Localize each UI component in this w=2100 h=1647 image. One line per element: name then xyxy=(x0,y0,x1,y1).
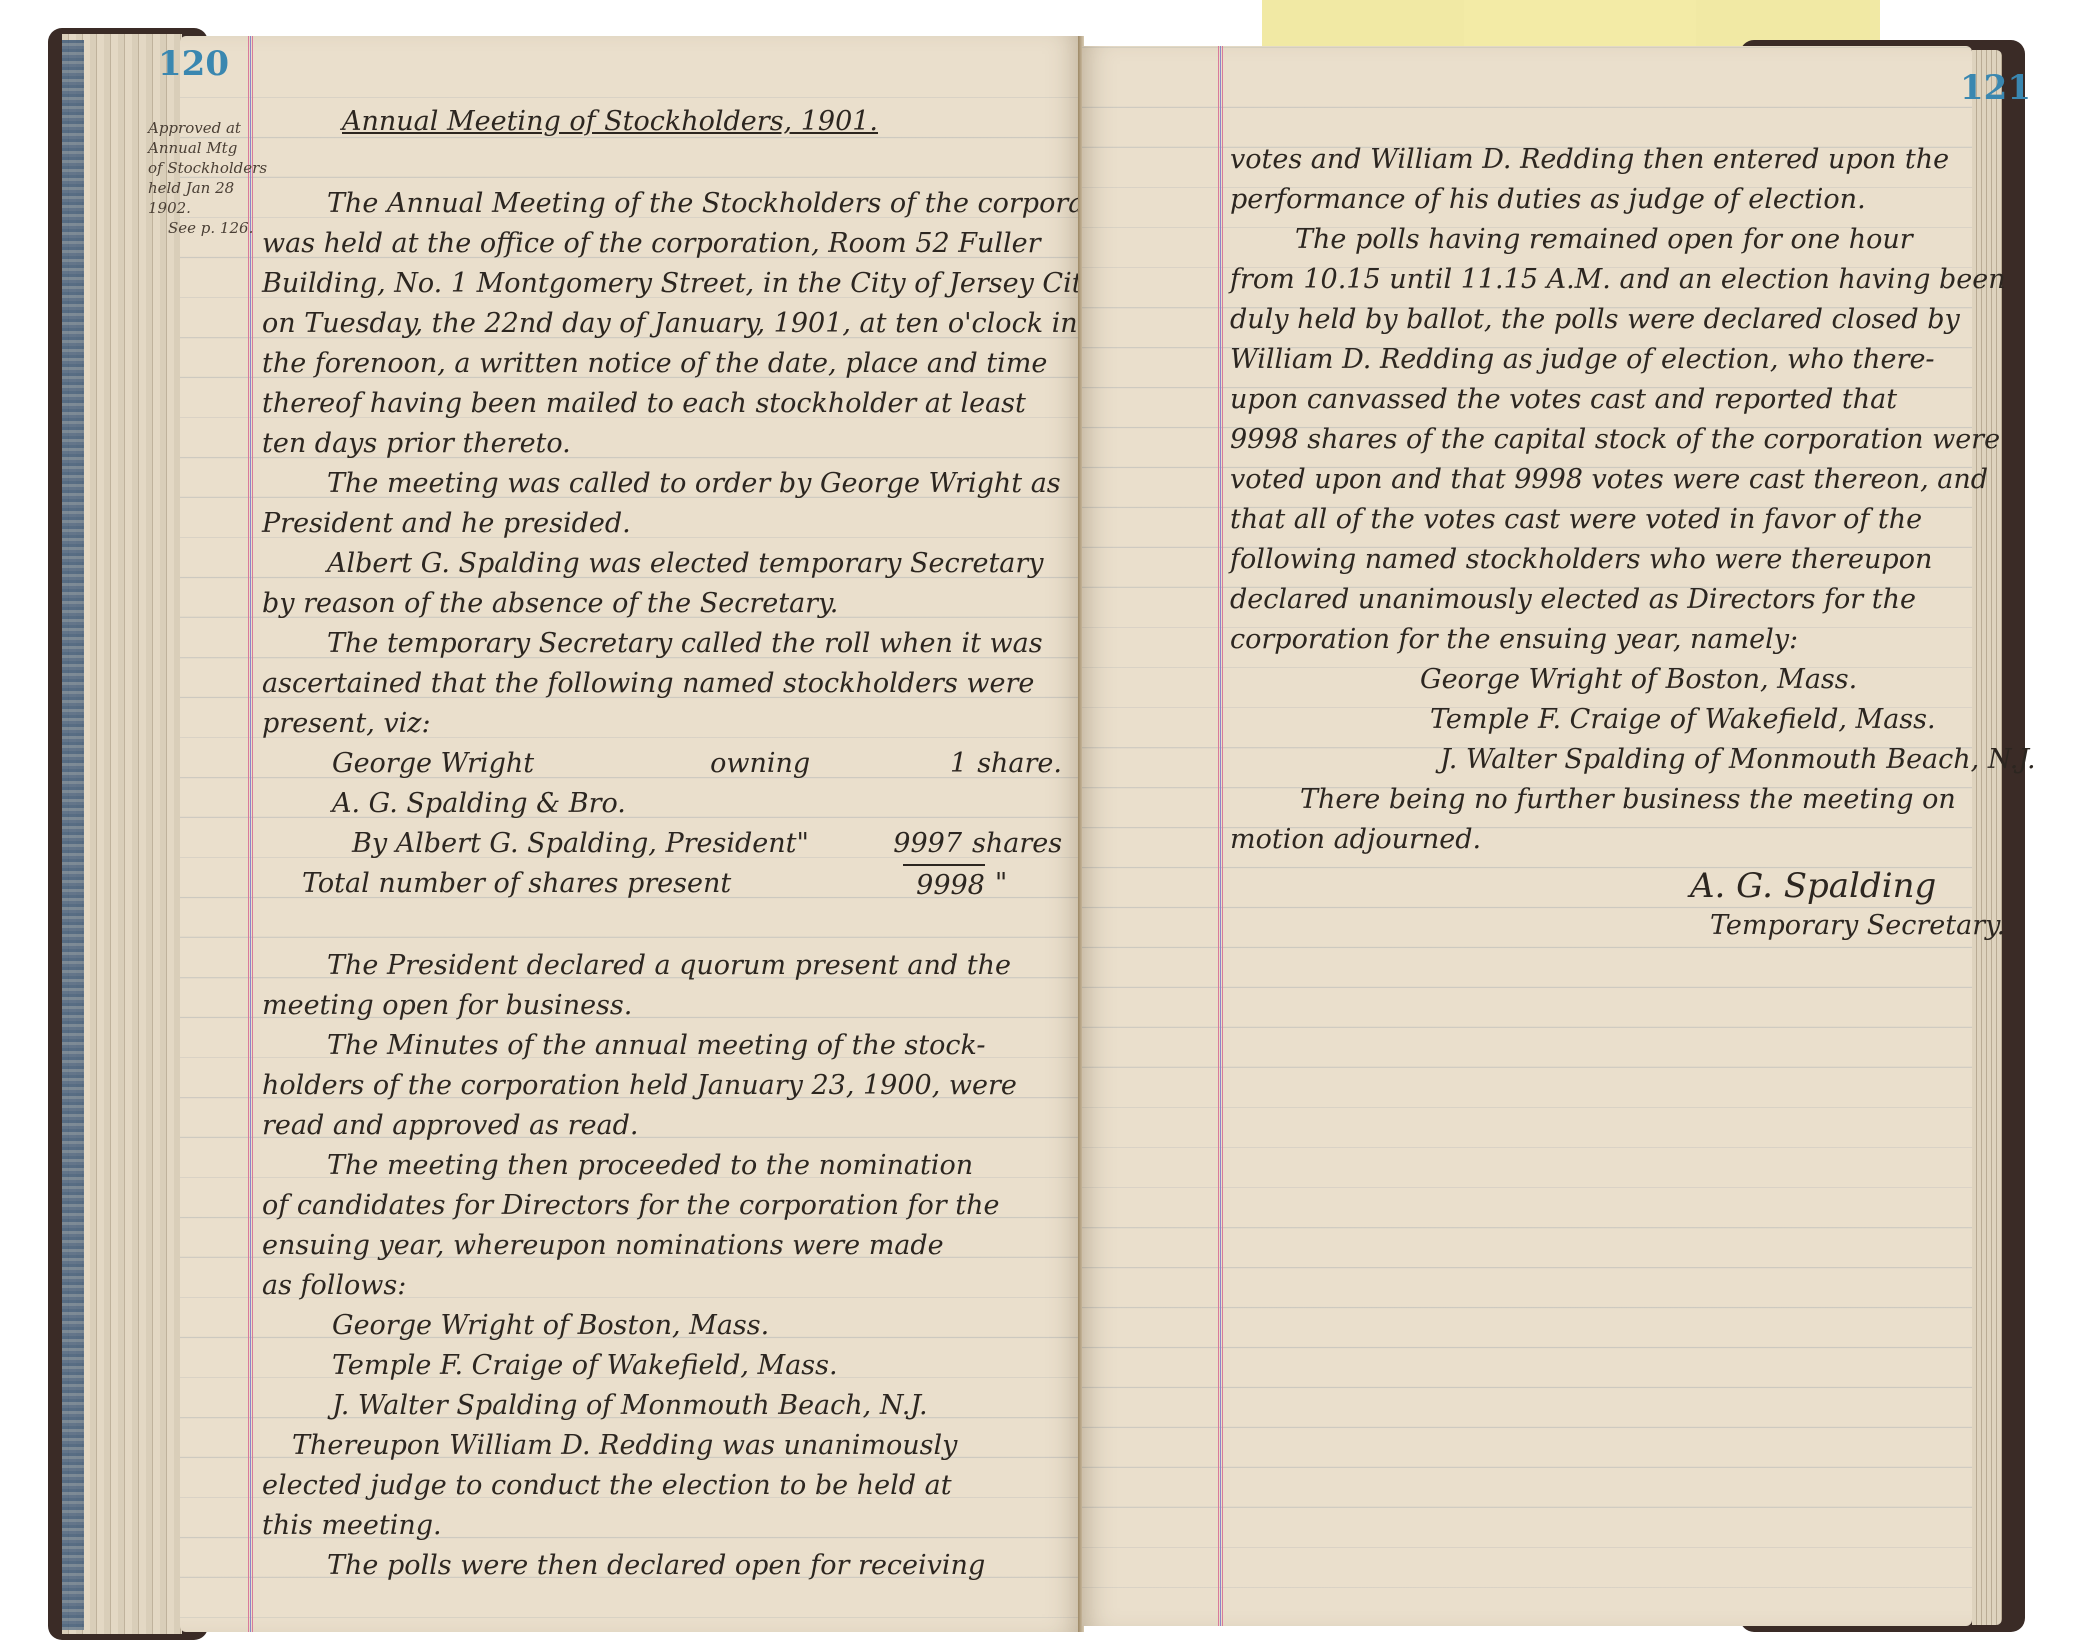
text-line: present, viz: xyxy=(262,704,1062,744)
text-line: of candidates for Directors for the corp… xyxy=(262,1186,1062,1226)
text-line: upon canvassed the votes cast and report… xyxy=(1230,380,2010,420)
text-line: ascertained that the following named sto… xyxy=(262,664,1062,704)
text-line: read and approved as read. xyxy=(262,1106,1062,1146)
text-line: William D. Redding as judge of election,… xyxy=(1230,340,2010,380)
text-line: thereof having been mailed to each stock… xyxy=(262,384,1062,424)
text-line: following named stockholders who were th… xyxy=(1230,540,2010,580)
text-line: The meeting was called to order by Georg… xyxy=(262,464,1062,504)
margin-note: Approved at Annual Mtg of Stockholders h… xyxy=(148,118,268,238)
text-line: The President declared a quorum present … xyxy=(262,946,1062,986)
speckled-edge xyxy=(62,40,84,1630)
text-line: duly held by ballot, the polls were decl… xyxy=(1230,300,2010,340)
director: J. Walter Spalding of Monmouth Beach, N.… xyxy=(1230,740,2010,780)
text-line: elected judge to conduct the election to… xyxy=(262,1466,1062,1506)
text-line: performance of his duties as judge of el… xyxy=(1230,180,2010,220)
text-line: Building, No. 1 Montgomery Street, in th… xyxy=(262,264,1062,304)
director: Temple F. Craige of Wakefield, Mass. xyxy=(1230,700,2010,740)
signature-title: Temporary Secretary. xyxy=(1230,906,2010,946)
page-number-right: 121 xyxy=(1960,68,2031,108)
text-line: from 10.15 until 11.15 A.M. and an elect… xyxy=(1230,260,2010,300)
margin-line xyxy=(1218,46,1223,1626)
text-line: on Tuesday, the 22nd day of January, 190… xyxy=(262,304,1062,344)
nominee: Temple F. Craige of Wakefield, Mass. xyxy=(262,1346,1062,1386)
text-line: by reason of the absence of the Secretar… xyxy=(262,584,1062,624)
text-line: holders of the corporation held January … xyxy=(262,1066,1062,1106)
holding-total-row: Total number of shares present 9998 " xyxy=(262,864,1062,906)
page-number-left: 120 xyxy=(158,44,229,84)
text-line: President and he presided. xyxy=(262,504,1062,544)
text-line: The polls having remained open for one h… xyxy=(1230,220,2010,260)
holding-row: A. G. Spalding & Bro. xyxy=(262,784,1062,824)
director: George Wright of Boston, Mass. xyxy=(1230,660,2010,700)
text-line: that all of the votes cast were voted in… xyxy=(1230,500,2010,540)
nominee: J. Walter Spalding of Monmouth Beach, N.… xyxy=(262,1386,1062,1426)
right-page-text: votes and William D. Redding then entere… xyxy=(1230,140,2010,946)
text-line: The Minutes of the annual meeting of the… xyxy=(262,1026,1062,1066)
text-line: ten days prior thereto. xyxy=(262,424,1062,464)
text-line: The meeting then proceeded to the nomina… xyxy=(262,1146,1062,1186)
text-line: voted upon and that 9998 votes were cast… xyxy=(1230,460,2010,500)
text-line: meeting open for business. xyxy=(262,986,1062,1026)
margin-line xyxy=(248,36,253,1632)
text-line: the forenoon, a written notice of the da… xyxy=(262,344,1062,384)
text-line: this meeting. xyxy=(262,1506,1062,1546)
signature: A. G. Spalding xyxy=(1230,866,2010,906)
text-line: ensuing year, whereupon nominations were… xyxy=(262,1226,1062,1266)
text-line: motion adjourned. xyxy=(1230,820,2010,860)
holding-row: By Albert G. Spalding, President " 9997 … xyxy=(262,824,1062,864)
holdings-table: George Wright owning 1 share. A. G. Spal… xyxy=(262,744,1062,906)
text-line: There being no further business the meet… xyxy=(1230,780,2010,820)
text-line: votes and William D. Redding then entere… xyxy=(1230,140,2010,180)
text-line: 9998 shares of the capital stock of the … xyxy=(1230,420,2010,460)
text-line: Albert G. Spalding was elected temporary… xyxy=(262,544,1062,584)
nominee: George Wright of Boston, Mass. xyxy=(262,1306,1062,1346)
text-line: Thereupon William D. Redding was unanimo… xyxy=(262,1426,1062,1466)
text-line: corporation for the ensuing year, namely… xyxy=(1230,620,2010,660)
text-line: was held at the office of the corporatio… xyxy=(262,224,1062,264)
text-line: The temporary Secretary called the roll … xyxy=(262,624,1062,664)
text-line: The Annual Meeting of the Stockholders o… xyxy=(262,184,1062,224)
text-line: as follows: xyxy=(262,1266,1062,1306)
text-line: declared unanimously elected as Director… xyxy=(1230,580,2010,620)
holding-row: George Wright owning 1 share. xyxy=(262,744,1062,784)
text-line: The polls were then declared open for re… xyxy=(262,1546,1062,1586)
left-page-text: Annual Meeting of Stockholders, 1901. Th… xyxy=(262,102,1062,1586)
page-title: Annual Meeting of Stockholders, 1901. xyxy=(262,102,1062,142)
